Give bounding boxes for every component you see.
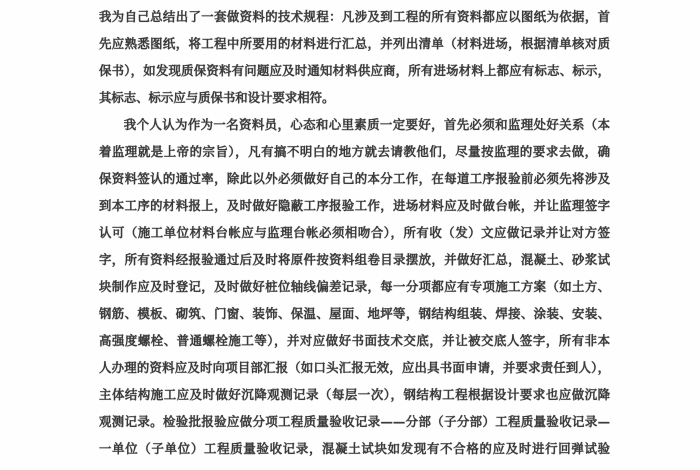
text-line: 到本工序的材料报上，及时做好隐蔽工序报验工作，进场材料应及时做台帐，并让监理签字 (99, 192, 610, 219)
text-line: 人办理的资料应及时向项目部汇报（如口头汇报无效，应出具书面申请，并要求责任到人）… (99, 354, 610, 381)
text-line: 保书），如发现质保资料有问题应及时通知材料供应商，所有进场材料上都应有标志、标示… (99, 57, 610, 84)
text-line: 钢筋、模板、砌筑、门窗、装饰、保温、屋面、地坪等，钢结构组装、焊接、涂装、安装、 (99, 300, 610, 327)
text-block: 我为自己总结出了一套做资料的技术规程：凡涉及到工程的所有资料都应以图纸为依据，首… (99, 3, 610, 462)
text-line: 着监理就是上帝的宗旨），凡有搞不明白的地方就去请教他们，尽量按监理的要求去做，确 (99, 138, 610, 165)
text-line: 我个人认为作为一名资料员，心态和心里素质一定要好，首先必须和监理处好关系（本 (99, 111, 610, 138)
text-line: 块制作应及时登记，及时做好桩位轴线偏差记录，每一分项都应有专项施工方案（如土方、 (99, 273, 610, 300)
text-line: 其标志、标示应与质保书和设计要求相符。 (99, 84, 610, 111)
text-line: 先应熟悉图纸，将工程中所要用的材料进行汇总，并列出清单（材料进场，根据清单核对质 (99, 30, 610, 57)
text-line: 一单位（子单位）工程质量验收记录，混凝土试块如发现有不合格的应及时进行回弹试验 (99, 435, 610, 462)
text-line: 观测记录。检验批报验应做分项工程质量验收记录——分部（子分部）工程质量验收记录— (99, 408, 610, 435)
text-line: 高强度螺栓、普通螺栓施工等），并对应做好书面技术交底，并让被交底人签字，所有非本 (99, 327, 610, 354)
document-page: 我为自己总结出了一套做资料的技术规程：凡涉及到工程的所有资料都应以图纸为依据，首… (0, 0, 700, 470)
text-line: 保资料签认的通过率，除此以外必须做好自己的本分工作，在每道工序报验前必须先将涉及 (99, 165, 610, 192)
text-line: 字，所有资料经报验通过后及时将原件按资料组卷目录摆放，并做好汇总，混凝土、砂浆试 (99, 246, 610, 273)
text-line: 认可（施工单位材料台帐应与监理台帐必须相吻合），所有收（发）文应做记录并让对方签 (99, 219, 610, 246)
text-line: 主体结构施工应及时做好沉降观测记录（每层一次），钢结构工程根据设计要求也应做沉降 (99, 381, 610, 408)
text-line: 我为自己总结出了一套做资料的技术规程：凡涉及到工程的所有资料都应以图纸为依据，首 (99, 3, 610, 30)
